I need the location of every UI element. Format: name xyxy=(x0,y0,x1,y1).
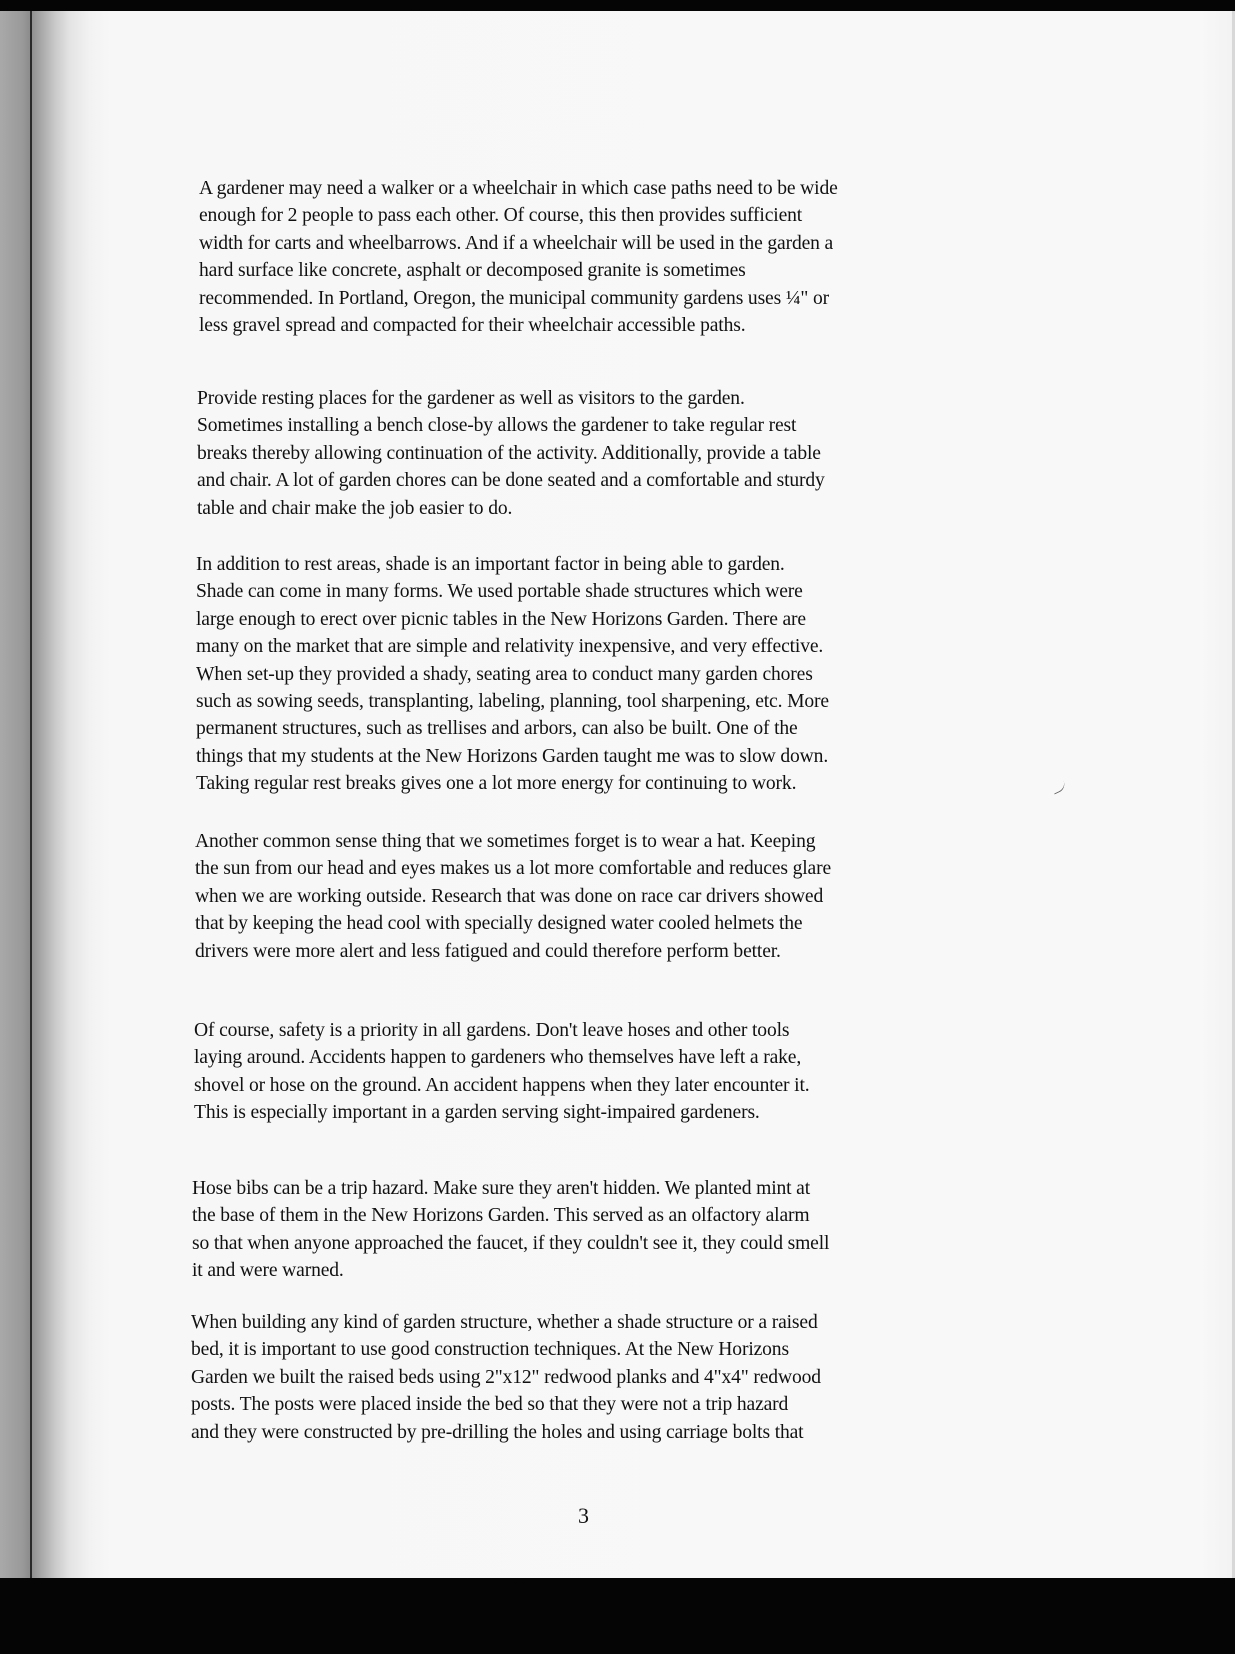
text-line: enough for 2 people to pass each other. … xyxy=(199,202,838,229)
text-line: Sometimes installing a bench close-by al… xyxy=(197,412,825,439)
text-line: so that when anyone approached the fauce… xyxy=(192,1230,829,1257)
text-line: bed, it is important to use good constru… xyxy=(191,1336,821,1363)
text-line: Taking regular rest breaks gives one a l… xyxy=(196,770,829,797)
text-line: laying around. Accidents happen to garde… xyxy=(194,1044,810,1071)
text-line: many on the market that are simple and r… xyxy=(196,633,829,660)
text-line: A gardener may need a walker or a wheelc… xyxy=(199,175,838,202)
text-line: it and were warned. xyxy=(192,1257,829,1284)
binding-edge xyxy=(30,11,32,1578)
text-line: posts. The posts were placed inside the … xyxy=(191,1391,821,1418)
paragraph-resting-places: Provide resting places for the gardener … xyxy=(197,385,825,522)
text-line: This is especially important in a garden… xyxy=(194,1099,810,1126)
text-line: When building any kind of garden structu… xyxy=(191,1309,821,1336)
page-number: 3 xyxy=(578,1503,589,1529)
paragraph-safety: Of course, safety is a priority in all g… xyxy=(194,1017,810,1127)
text-line: and they were constructed by pre-drillin… xyxy=(191,1419,821,1446)
text-line: Shade can come in many forms. We used po… xyxy=(196,578,829,605)
text-line: and chair. A lot of garden chores can be… xyxy=(197,467,825,494)
text-line: less gravel spread and compacted for the… xyxy=(199,312,838,339)
paragraph-hose-bibs: Hose bibs can be a trip hazard. Make sur… xyxy=(192,1175,829,1285)
paragraph-paths: A gardener may need a walker or a wheelc… xyxy=(199,175,838,339)
text-line: that by keeping the head cool with speci… xyxy=(195,910,831,937)
text-line: drivers were more alert and less fatigue… xyxy=(195,938,831,965)
text-line: table and chair make the job easier to d… xyxy=(197,495,825,522)
text-line: When set-up they provided a shady, seati… xyxy=(196,661,829,688)
text-line: recommended. In Portland, Oregon, the mu… xyxy=(199,285,838,312)
paragraph-construction: When building any kind of garden structu… xyxy=(191,1309,821,1446)
text-line: Hose bibs can be a trip hazard. Make sur… xyxy=(192,1175,829,1202)
text-line: shovel or hose on the ground. An acciden… xyxy=(194,1072,810,1099)
text-line: Provide resting places for the gardener … xyxy=(197,385,825,412)
scan-mark xyxy=(1051,780,1067,794)
text-line: breaks thereby allowing continuation of … xyxy=(197,440,825,467)
text-line: Of course, safety is a priority in all g… xyxy=(194,1017,810,1044)
text-line: width for carts and wheelbarrows. And if… xyxy=(199,230,838,257)
text-line: permanent structures, such as trellises … xyxy=(196,715,829,742)
text-line: when we are working outside. Research th… xyxy=(195,883,831,910)
document-page: A gardener may need a walker or a wheelc… xyxy=(0,11,1235,1578)
scan-bottom-border xyxy=(0,1578,1235,1654)
paragraph-shade: In addition to rest areas, shade is an i… xyxy=(196,551,829,798)
text-line: large enough to erect over picnic tables… xyxy=(196,606,829,633)
text-line: things that my students at the New Horiz… xyxy=(196,743,829,770)
scan-top-border xyxy=(0,0,1235,11)
paragraph-hat: Another common sense thing that we somet… xyxy=(195,828,831,965)
text-line: such as sowing seeds, transplanting, lab… xyxy=(196,688,829,715)
text-line: Garden we built the raised beds using 2"… xyxy=(191,1364,821,1391)
text-line: the base of them in the New Horizons Gar… xyxy=(192,1202,829,1229)
text-line: In addition to rest areas, shade is an i… xyxy=(196,551,829,578)
text-line: hard surface like concrete, asphalt or d… xyxy=(199,257,838,284)
text-line: Another common sense thing that we somet… xyxy=(195,828,831,855)
text-line: the sun from our head and eyes makes us … xyxy=(195,855,831,882)
